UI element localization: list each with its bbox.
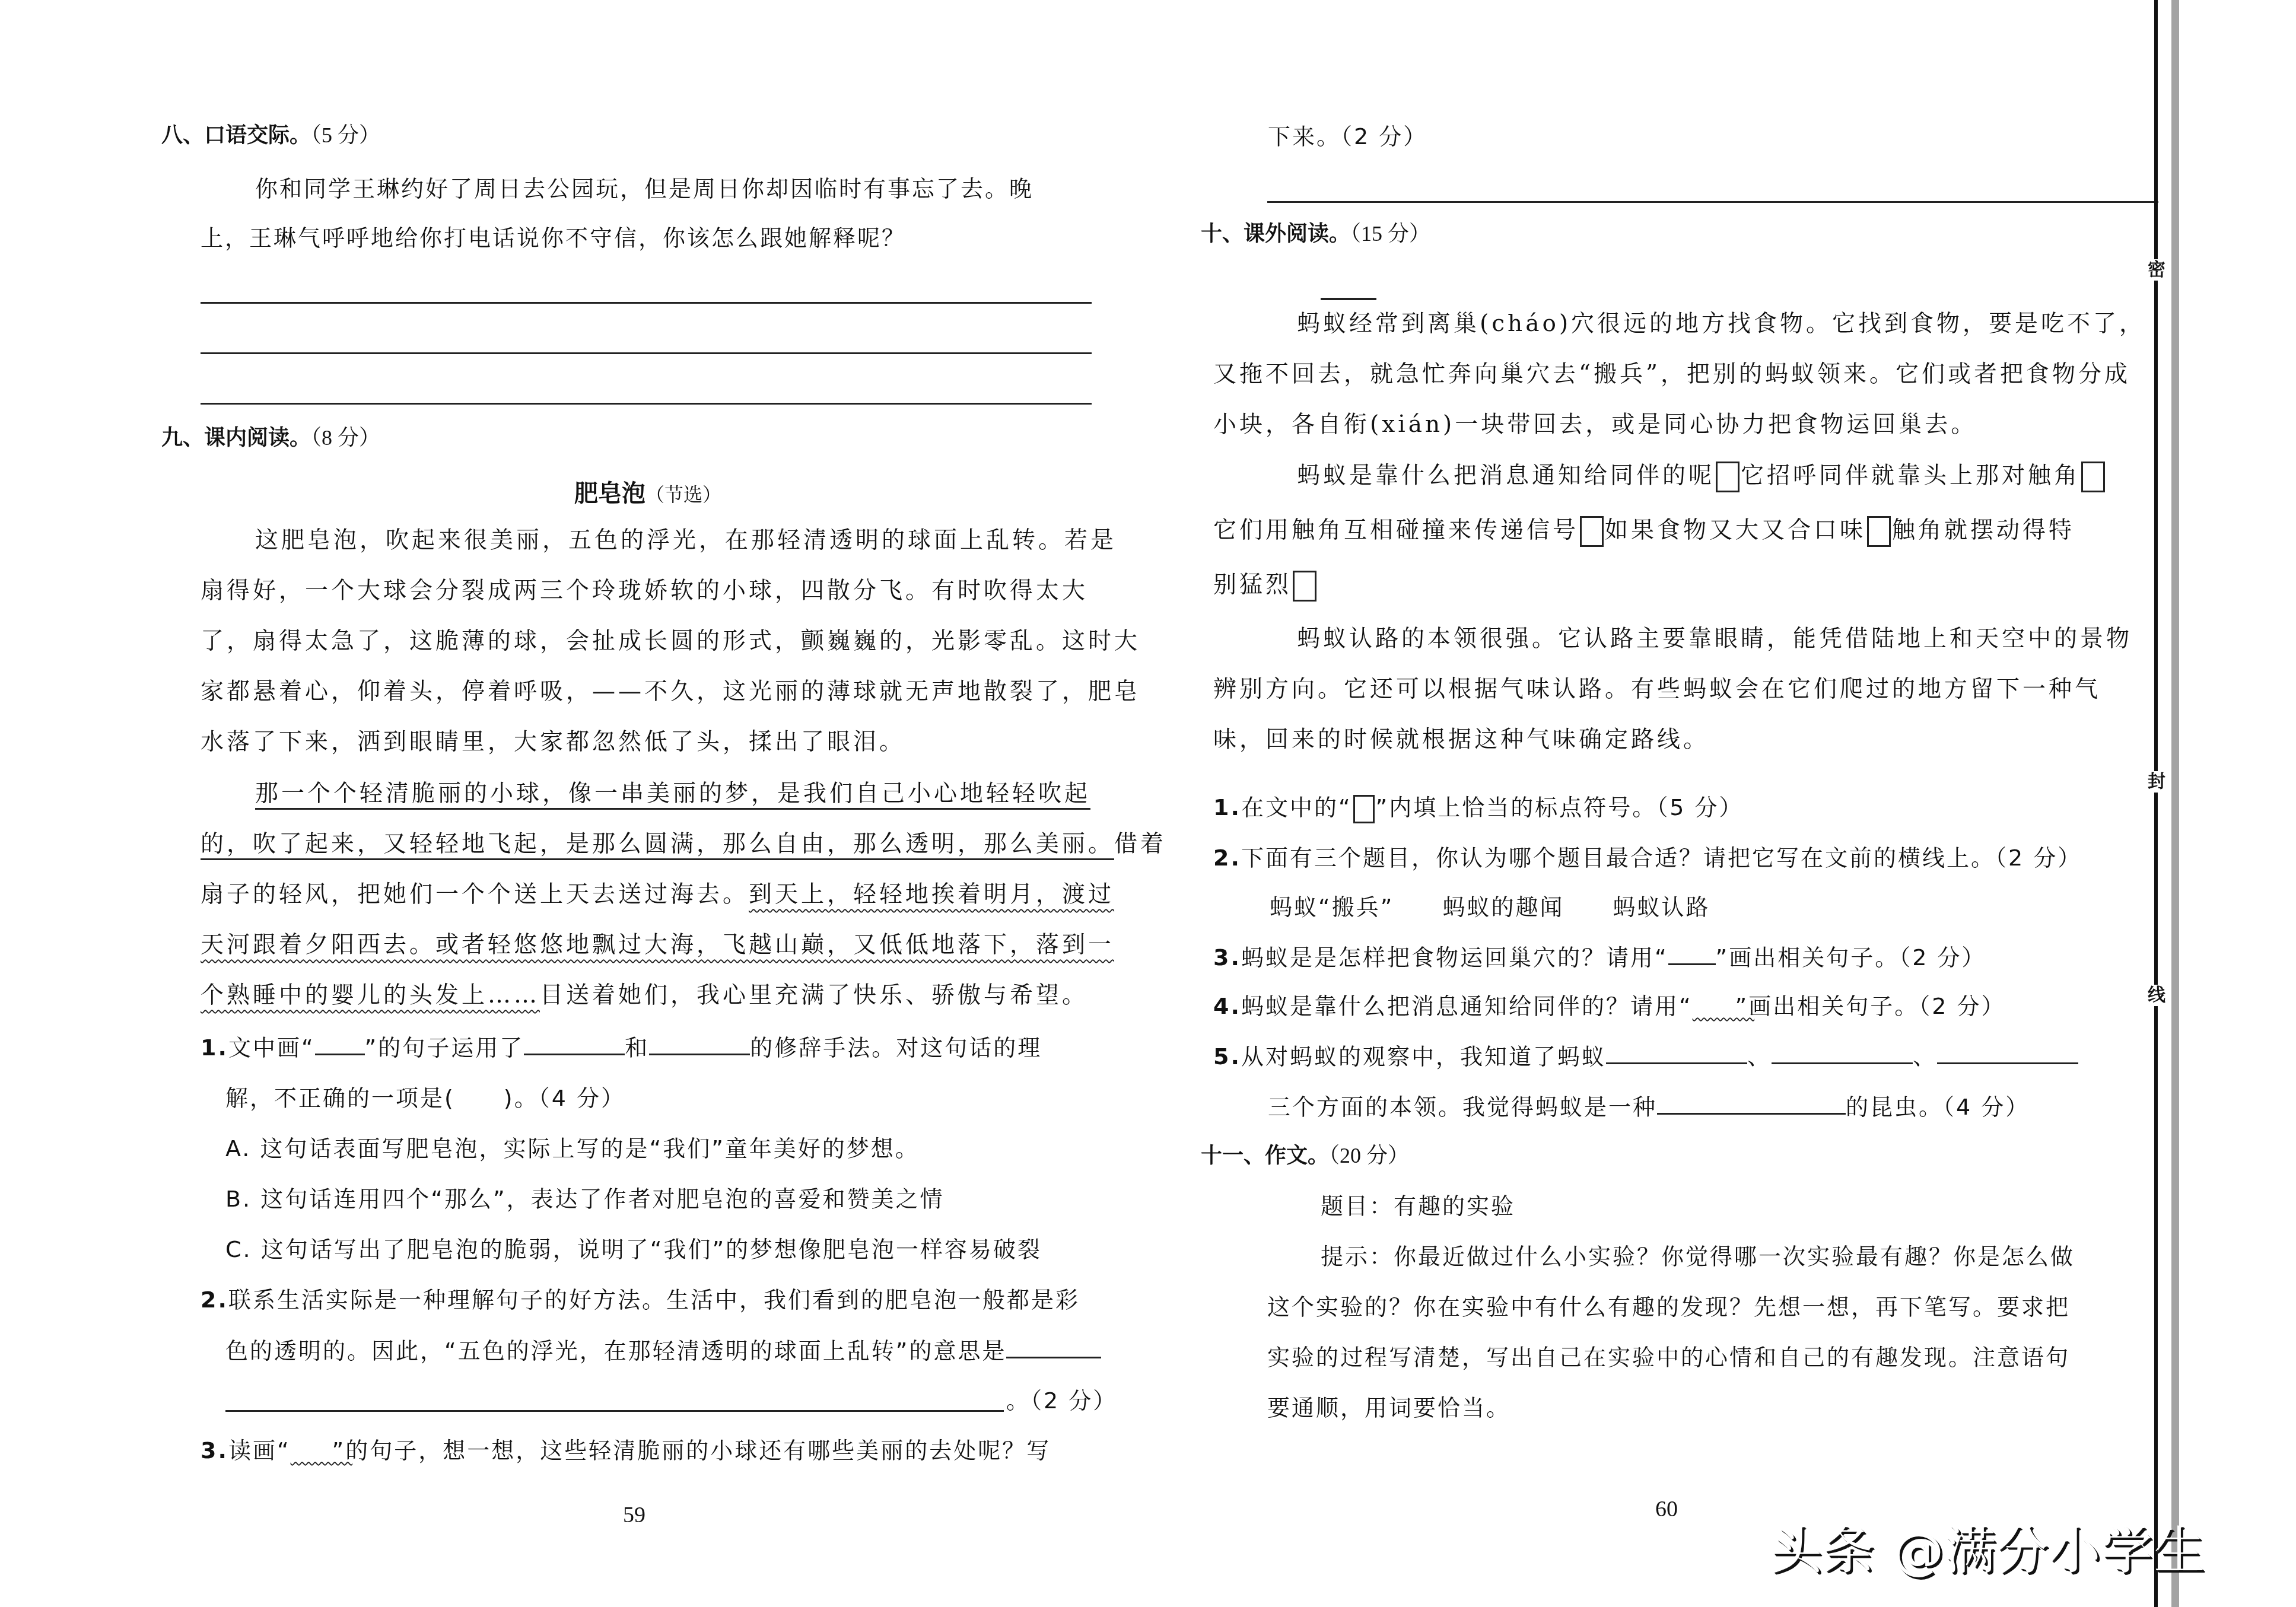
q10-5-line1: 5.从对蚂蚁的观察中，我知道了蚂蚁、、	[1213, 1042, 2078, 1070]
section8-title: 八、口语交际。	[161, 123, 311, 148]
section11-points: （20 分）	[1329, 1144, 1409, 1167]
punctuation-box-3[interactable]	[1580, 516, 1604, 547]
ant-p2-line1: 蚂蚁是靠什么把消息通知给同伴的呢它招呼同伴就靠头上那对触角	[1297, 462, 2106, 492]
passage-p1-line1: 这肥皂泡，吹起来很美丽，五色的浮光，在那轻清透明的球面上乱转。若是	[255, 527, 1117, 554]
passage-p2-line2: 的，吹了起来，又轻轻地飞起，是那么圆满，那么自由，那么透明，那么美丽。借着	[201, 830, 1166, 858]
q9-3-text-b: ”的句子，想一想，这些轻清脆丽的小球还有哪些美丽的去处呢？写	[332, 1437, 1051, 1463]
ant-p2-seg1: 蚂蚁是靠什么把消息通知给同伴的呢	[1297, 462, 1715, 489]
ant-p2-seg6: 别猛烈	[1213, 571, 1292, 598]
q10-5-blank-3[interactable]	[1937, 1042, 2078, 1064]
q9-1-line1: 1.文中画“”的句子运用了和的修辞手法。对这句话的理	[201, 1033, 1042, 1061]
passage-title-note: （节选）	[645, 483, 721, 506]
ant-p2-line3: 别猛烈	[1213, 571, 1318, 602]
q10-1-text-a: 在文中的“	[1241, 794, 1352, 820]
punctuation-box-5[interactable]	[1293, 571, 1316, 602]
q9-1-option-c[interactable]: C. 这句话写出了肥皂泡的脆弱，说明了“我们”的梦想像肥皂泡一样容易破裂	[225, 1236, 1042, 1263]
binding-cut-line	[2154, 0, 2158, 1607]
section8-answer-line-2[interactable]	[201, 352, 1092, 354]
q10-5-text-c: 的昆虫。（4 分）	[1846, 1094, 2030, 1120]
underlined-sentence-part2: 的，吹了起来，又轻轻地飞起，是那么圆满，那么自由，那么透明，那么美丽。	[201, 830, 1114, 860]
binding-label-feng: 封	[2146, 771, 2167, 793]
q9-1-blank-rhetoric-1[interactable]	[524, 1033, 625, 1055]
wavy-underline-sample: ~~~	[291, 1437, 332, 1464]
title-choice-3[interactable]: 蚂蚁认路	[1613, 894, 1710, 920]
passage-p2-line4: 天河跟着夕阳西去。或者轻悠悠地飘过大海，飞越山巅，又低低地落下，落到一	[201, 931, 1114, 959]
passage-p2-line2-rest: 借着	[1114, 830, 1166, 857]
page-number-left: 59	[623, 1502, 645, 1528]
ant-p1-line2: 又拖不回去，就急忙奔向巢穴去“搬兵”，把别的蚂蚁领来。它们或者把食物分成	[1213, 361, 2130, 388]
essay-hint-line2: 这个实验的？你在实验中有什么有趣的发现？先想一想，再下笔写。要求把	[1267, 1293, 2070, 1320]
q9-2-text: 联系生活实际是一种理解句子的好方法。生活中，我们看到的肥皂泡一般都是彩	[228, 1287, 1080, 1313]
q10-2-text: 下面有三个题目，你认为哪个题目最合适？请把它写在文前的横线上。（2 分）	[1241, 845, 2082, 871]
q10-3-text-a: 蚂蚁是是怎样把食物运回巢穴的？请用“	[1241, 944, 1668, 970]
passage-p1-line4: 家都悬着心，仰着头，停着呼吸，——不久，这光丽的薄球就无声地散裂了，肥皂	[201, 678, 1140, 705]
section8-answer-line-3[interactable]	[201, 403, 1092, 405]
q10-5-blank-4[interactable]	[1657, 1093, 1846, 1115]
section8-heading: 八、口语交际。（5 分）	[161, 122, 380, 149]
q10-4-text-b: ”画出相关句子。（2 分）	[1735, 993, 2006, 1019]
q10-4-number: 4.	[1213, 993, 1241, 1019]
ant-p3-line3: 味，回来的时候就根据这种气味确定路线。	[1213, 726, 1709, 753]
underlined-sentence-part1: 那一个个轻清脆丽的小球，像一串美丽的梦，是我们自己小心地轻轻吹起	[255, 780, 1090, 810]
q9-2-points: 。（2 分）	[1006, 1387, 1117, 1414]
q10-5-sep-2: 、	[1913, 1043, 1937, 1070]
section9-heading: 九、课内阅读。（8 分）	[161, 425, 380, 451]
ant-p2-seg5: 触角就摆动得特	[1892, 517, 2075, 543]
q10-2-choices: 蚂蚁“搬兵”蚂蚁的趣闻蚂蚁认路	[1270, 893, 1710, 921]
q10-2-number: 2.	[1213, 845, 1241, 871]
q9-3-continued: 下来。（2 分）	[1268, 123, 1427, 150]
q9-1-option-a[interactable]: A. 这句话表面写肥皂泡，实际上写的是“我们”童年美好的梦想。	[225, 1135, 920, 1162]
ant-p2-line2: 它们用触角互相碰撞来传递信号如果食物又大又合口味触角就摆动得特	[1213, 516, 2075, 547]
section8-answer-line-1[interactable]	[201, 302, 1092, 304]
title-choice-2[interactable]: 蚂蚁的趣闻	[1442, 894, 1564, 920]
q10-1: 1.在文中的“”内填上恰当的标点符号。（5 分）	[1213, 794, 1744, 823]
q10-2: 2.下面有三个题目，你认为哪个题目最合适？请把它写在文前的横线上。（2 分）	[1213, 844, 2082, 871]
q9-1-text-a: 文中画“	[228, 1035, 315, 1061]
section10-points: （15 分）	[1350, 222, 1430, 246]
q9-3-text-a: 读画“	[228, 1437, 291, 1463]
binding-gray-strip	[2171, 0, 2179, 1607]
section11-heading: 十一、作文。（20 分）	[1201, 1143, 1409, 1169]
section8-prompt-line2: 上，王琳气呼呼地给你打电话说你不守信，你该怎么跟她解释呢？	[201, 224, 906, 252]
q10-5-text-a: 从对蚂蚁的观察中，我知道了蚂蚁	[1241, 1043, 1606, 1070]
q9-2-line2: 色的透明的。因此，“五色的浮光，在那轻清透明的球面上乱转”的意思是	[225, 1336, 1101, 1364]
section8-points: （5 分）	[311, 123, 380, 147]
ant-p2-seg4: 如果食物又大又合口味	[1605, 517, 1866, 543]
q10-3: 3.蚂蚁是是怎样把食物运回巢穴的？请用“”画出相关句子。（2 分）	[1213, 943, 1986, 971]
q10-5-number: 5.	[1213, 1043, 1241, 1070]
essay-hint-line1: 提示：你最近做过什么小实验？你觉得哪一次实验最有趣？你是怎么做	[1321, 1243, 2075, 1270]
q9-1-option-b[interactable]: B. 这句话连用四个“那么”，表达了作者对肥皂泡的喜爱和赞美之情	[225, 1185, 945, 1213]
essay-hint-line3: 实验的过程写清楚，写出自己在实验中的心情和自己的有趣发现。注意语句	[1267, 1344, 2070, 1371]
ant-p2-seg3: 它们用触角互相碰撞来传递信号	[1213, 517, 1579, 543]
q10-4: 4.蚂蚁是靠什么把消息通知给同伴的？请用“~~~”画出相关句子。（2 分）	[1213, 992, 2006, 1020]
section10-heading: 十、课外阅读。（15 分）	[1201, 221, 1430, 247]
ant-p3-line1: 蚂蚁认路的本领很强。它认路主要靠眼睛，能凭借陆地上和天空中的景物	[1297, 625, 2132, 653]
ant-p1-line1: 蚂蚁经常到离巢(cháo)穴很远的地方找食物。它找到食物，要是吃不了，	[1297, 310, 2145, 338]
q9-2-number: 2.	[201, 1287, 228, 1313]
wavy-sentence-part1: 到天上，轻轻地挨着明月，渡过	[749, 881, 1114, 908]
wavy-underline-sample-right: ~~~	[1693, 992, 1735, 1020]
q10-4-text-a: 蚂蚁是靠什么把消息通知给同伴的？请用“	[1241, 993, 1693, 1019]
passage-p2-line5: 个熟睡中的婴儿的头发上……目送着她们，我心里充满了快乐、骄傲与希望。	[201, 982, 1088, 1009]
wavy-sentence-part3: 个熟睡中的婴儿的头发上……	[201, 982, 540, 1008]
section9-points: （8 分）	[311, 426, 380, 450]
q9-1-text-c: 和	[625, 1035, 649, 1061]
passage-p2-line3-plain: 扇子的轻风，把她们一个个送上天去送过海去。	[201, 881, 749, 908]
q9-3-number: 3.	[201, 1437, 228, 1463]
q9-1-text-b: ”的句子运用了	[365, 1035, 524, 1061]
section8-prompt-line1: 你和同学王琳约好了周日去公园玩，但是周日你却因临时有事忘了去。晚	[255, 175, 1033, 202]
passage-p1-line3: 了，扇得太急了，这脆薄的球，会扯成长圆的形式，颤巍巍的，光影零乱。这时大	[201, 628, 1140, 655]
q10-3-number: 3.	[1213, 944, 1241, 970]
q9-1-text-d: 的修辞手法。对这句话的理	[750, 1035, 1042, 1061]
page-number-right: 60	[1655, 1496, 1678, 1522]
punctuation-box-4[interactable]	[1867, 516, 1891, 547]
passage-p1-line2: 扇得好，一个大球会分裂成两三个玲珑娇软的小球，四散分飞。有时吹得太大	[201, 577, 1088, 604]
passage-title: 肥皂泡（节选）	[574, 475, 721, 508]
ant-title-blank-extra	[1321, 298, 1376, 300]
binding-label-xian: 线	[2146, 985, 2167, 1006]
q10-1-text-b: ”内填上恰当的标点符号。（5 分）	[1376, 794, 1744, 820]
q9-1-number: 1.	[201, 1035, 228, 1061]
passage-p2-line5-rest: 目送着她们，我心里充满了快乐、骄傲与希望。	[540, 982, 1088, 1008]
q9-1-blank-rhetoric-2[interactable]	[649, 1033, 750, 1055]
title-choice-1[interactable]: 蚂蚁“搬兵”	[1270, 894, 1394, 920]
q9-2-line1: 2.联系生活实际是一种理解句子的好方法。生活中，我们看到的肥皂泡一般都是彩	[201, 1286, 1080, 1313]
q10-5-line2: 三个方面的本领。我觉得蚂蚁是一种的昆虫。（4 分）	[1268, 1093, 2030, 1121]
punctuation-box-2[interactable]	[2081, 462, 2105, 492]
q9-2-blank-2[interactable]	[225, 1410, 1004, 1412]
straight-underline-sample	[315, 1033, 365, 1055]
q10-3-text-b: ”画出相关句子。（2 分）	[1716, 944, 1986, 970]
section9-title: 九、课内阅读。	[161, 426, 311, 450]
wavy-sentence-part2: 天河跟着夕阳西去。或者轻悠悠地飘过大海，飞越山巅，又低低地落下，落到一	[201, 931, 1114, 958]
ant-p2-seg2: 它招呼同伴就靠头上那对触角	[1741, 462, 2080, 489]
passage-title-text: 肥皂泡	[574, 480, 645, 507]
section11-title: 十一、作文。	[1201, 1144, 1329, 1168]
passage-p1-line5: 水落了下来，洒到眼睛里，大家都忽然低了头，揉出了眼泪。	[201, 728, 905, 756]
punctuation-box-1[interactable]	[1716, 462, 1740, 492]
q10-5-text-b: 三个方面的本领。我觉得蚂蚁是一种	[1268, 1094, 1657, 1120]
q10-1-number: 1.	[1213, 794, 1241, 820]
ant-p3-line2: 辨别方向。它还可以根据气味认路。有些蚂蚁会在它们爬过的地方留下一种气	[1213, 676, 2101, 703]
q9-3-answer-line[interactable]	[1267, 201, 2158, 203]
passage-p2-line3: 扇子的轻风，把她们一个个送上天去送过海去。到天上，轻轻地挨着明月，渡过	[201, 881, 1114, 908]
q9-2-blank-1[interactable]	[1006, 1336, 1101, 1358]
straight-underline-sample-right	[1668, 943, 1716, 965]
passage-p2-line1: 那一个个轻清脆丽的小球，像一串美丽的梦，是我们自己小心地轻轻吹起	[255, 780, 1090, 807]
q9-2-text-2: 色的透明的。因此，“五色的浮光，在那轻清透明的球面上乱转”的意思是	[225, 1338, 1006, 1364]
q9-3-line1: 3.读画“~~~”的句子，想一想，这些轻清脆丽的小球还有哪些美丽的去处呢？写	[201, 1437, 1051, 1464]
q9-1-line2[interactable]: 解，不正确的一项是( )。（4 分）	[225, 1084, 625, 1112]
q10-5-blank-1[interactable]	[1606, 1042, 1747, 1064]
ant-p1-line3: 小块，各自衔(xián)一块带回去，或是同心协力把食物运回巢去。	[1213, 411, 1977, 438]
watermark: 头条 @满分小学生	[1771, 1510, 2206, 1583]
essay-hint-line4: 要通顺，用词要恰当。	[1267, 1394, 1510, 1421]
punctuation-box-sample	[1353, 795, 1375, 823]
q10-5-blank-2[interactable]	[1772, 1042, 1913, 1064]
q10-5-sep-1: 、	[1747, 1043, 1772, 1070]
binding-label-mi: 密	[2146, 259, 2167, 281]
essay-topic: 题目：有趣的实验	[1321, 1192, 1515, 1220]
section10-title: 十、课外阅读。	[1201, 222, 1350, 246]
